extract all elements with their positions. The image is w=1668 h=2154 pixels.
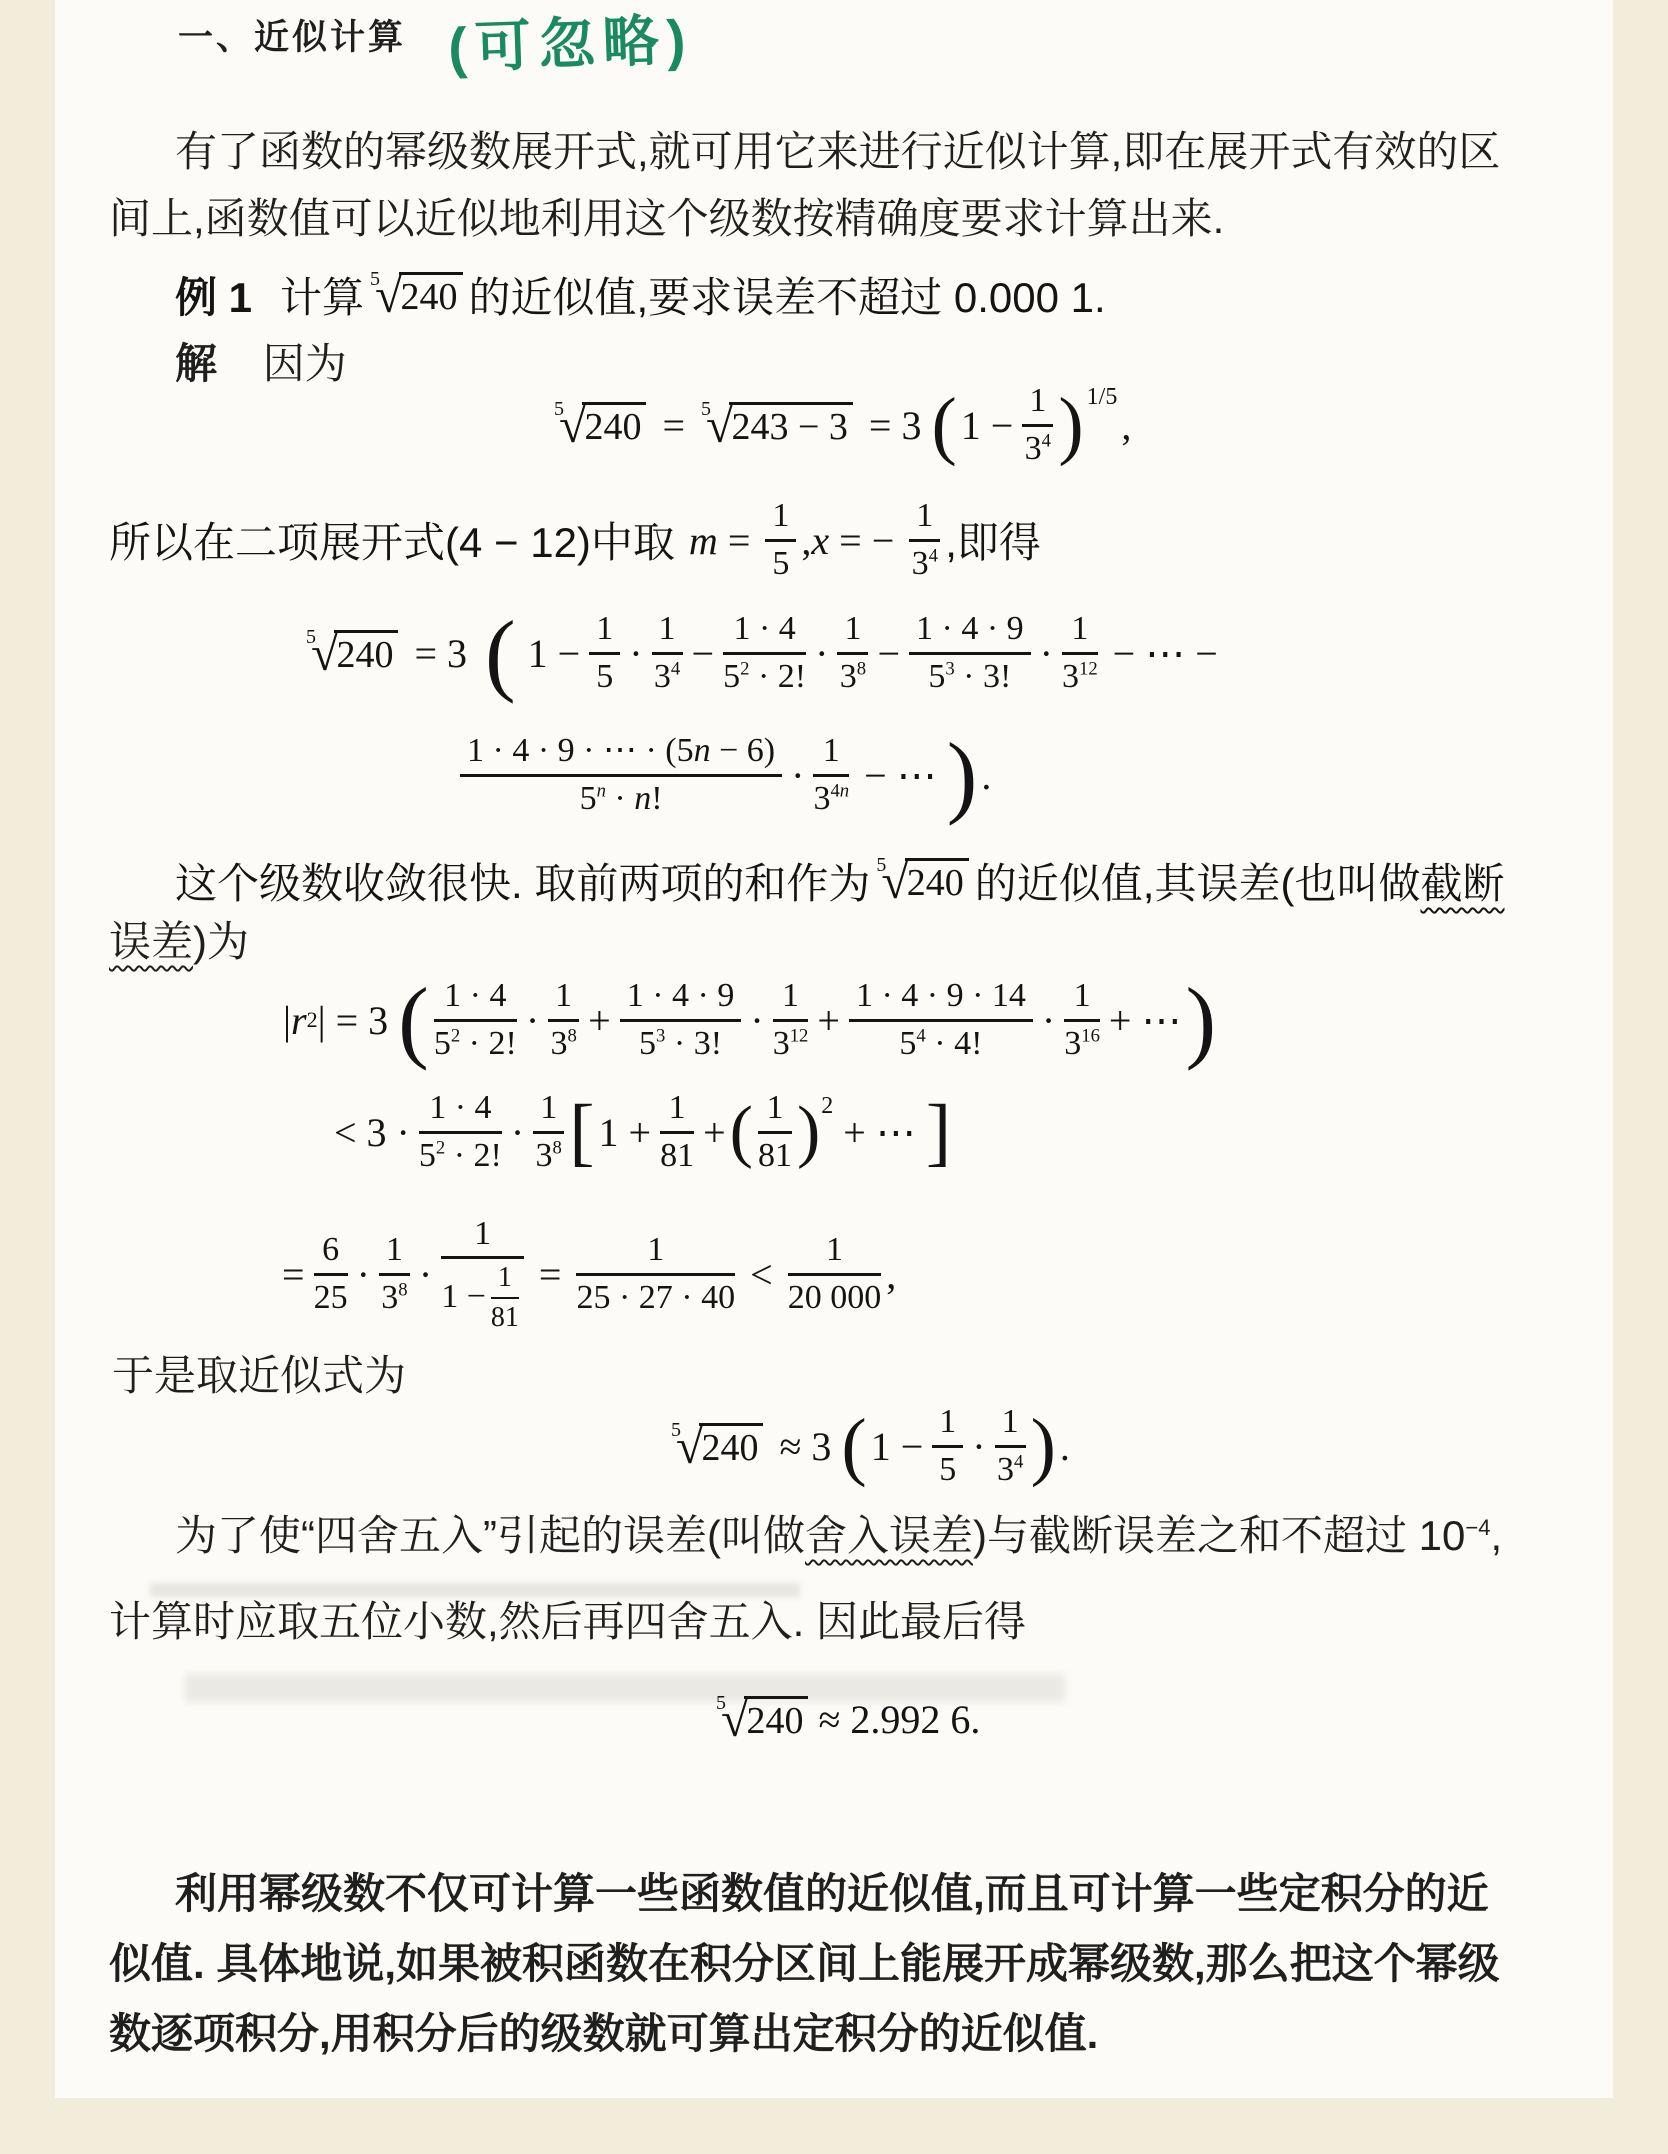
multiplication-dot: ·: [750, 997, 763, 1044]
minus-sign: −: [692, 630, 715, 677]
series-expansion-line-1: 5√240 = 3 ( 1 − 15 · 134 − 1 · 452 · 2! …: [300, 603, 1228, 703]
denominator: 54 · 4!: [849, 1022, 1033, 1063]
multiplication-dot: ·: [629, 630, 642, 677]
denominator: 38: [837, 655, 868, 696]
denominator: 81: [660, 1134, 694, 1175]
denominator: 34: [1022, 427, 1053, 468]
den-exp: 8: [857, 658, 866, 679]
den-exp: 8: [553, 1137, 562, 1158]
den-exp-n: n: [597, 780, 606, 801]
numerator: 1: [1022, 382, 1053, 426]
paragraph-integral-line-3: 数逐项积分,用积分后的级数就可算出定积分的近似值.: [109, 2008, 1098, 2061]
fraction-term-3: 1 · 4 · 953 · 3!: [909, 610, 1031, 695]
plus-sign: +: [588, 997, 611, 1044]
denominator: 34: [652, 655, 683, 696]
fraction-1-over-3-4: 134: [995, 1403, 1026, 1488]
denominator: 53 · 3!: [620, 1022, 742, 1063]
den-exp: 4: [916, 1025, 925, 1046]
multiplication-dot: ·: [815, 630, 828, 677]
den-exp: 12: [790, 1025, 809, 1046]
den-base: 3: [381, 1279, 398, 1316]
exponent-one-fifth: 1/5: [1087, 384, 1118, 411]
den-factorial: !: [651, 780, 662, 817]
text-post: ,即得: [945, 510, 1041, 570]
wavy-term-sheru-wucha: 舍入误差: [805, 1512, 973, 1559]
num-pre: 1 · 4 · 9 · ⋯ · (5: [467, 732, 694, 769]
denominator: 312: [773, 1022, 809, 1063]
approximation-formula: 5√240 ≈ 3 ( 1 − 15 · 134 ) .: [665, 1402, 1074, 1490]
denominator: 1 − 181: [441, 1259, 524, 1333]
den-exp-4n: 4n: [830, 780, 849, 801]
denominator: 34: [995, 1448, 1026, 1489]
text-pre: 为了使“四舍五入”引起的误差(叫做: [175, 1512, 805, 1559]
formula-root-identity: 5√240 = 5√243 − 3 = 3 ( 1 − 1 34 ) 1/5 ,: [548, 383, 1135, 467]
denominator: 52 · 2!: [434, 1022, 517, 1063]
paragraph-1-line-2: 间上,函数值可以近似地利用这个级数按精确度要求计算出来.: [109, 193, 1224, 246]
multiplication-dot: ·: [791, 752, 804, 799]
comma: ,: [801, 517, 811, 564]
numerator: 1: [660, 1089, 694, 1133]
plus-sign: +: [703, 1109, 726, 1156]
numerator: 1: [1062, 610, 1098, 654]
inner-fraction-1-over-81: 181: [491, 1262, 519, 1333]
fraction-1-over-3-16: 1316: [1064, 977, 1100, 1062]
den-base: 3: [536, 1137, 553, 1174]
fraction-1-over-5: 15: [589, 610, 620, 695]
fraction-1-over-3-4: 1 34: [909, 497, 940, 582]
equals-3: = 3: [869, 402, 922, 449]
den-base: 3: [813, 780, 830, 817]
fraction-1-over-3-8: 138: [837, 610, 868, 695]
den-var-n: n: [634, 780, 651, 817]
term-1-minus: 1 −: [871, 1423, 924, 1470]
numerator: 1: [491, 1262, 519, 1298]
den-exp: 4: [929, 545, 938, 566]
den-exp: 4: [1042, 430, 1051, 451]
den-exp: 12: [1079, 658, 1098, 679]
wavy-term-jieduan: 截断: [1420, 851, 1504, 911]
denominator: 5: [932, 1448, 963, 1489]
period: .: [1060, 1423, 1070, 1470]
paragraph-rounding-line-2: 计算时应取五位小数,然后再四舍五入. 因此最后得: [109, 1596, 1026, 1649]
den-rest: · 2!: [445, 1137, 502, 1174]
handwritten-note: (可忽略): [447, 0, 695, 84]
paragraph-integral-line-2: 似值. 具体地说,如果被积函数在积分区间上能展开成幂级数,那么把这个幂级: [109, 1938, 1500, 1991]
num-var-n: n: [694, 732, 711, 769]
subscript-2: 2: [307, 1007, 318, 1033]
den-base: 5: [434, 1025, 451, 1062]
den-exp: 8: [398, 1279, 407, 1300]
paragraph-1-line-1: 有了函数的幂级数展开式,就可用它来进行近似计算,即在展开式有效的区: [175, 126, 1500, 179]
numerator: 1: [441, 1215, 524, 1259]
example-1-text-post: 的近似值,要求误差不超过 0.000 1.: [469, 265, 1106, 325]
den-exp: 2: [436, 1137, 445, 1158]
fraction-1-over-3-4: 1 34: [1022, 382, 1053, 467]
equals-3: = 3: [336, 997, 389, 1044]
den-base: 3: [550, 1025, 567, 1062]
denominator: 20 000: [788, 1276, 882, 1317]
section-heading: 一、近似计算: [178, 10, 406, 60]
multiplication-dot: ·: [357, 1251, 370, 1298]
equals-sign: =: [728, 517, 751, 564]
equals-3: = 3: [414, 630, 467, 677]
less-than-sign: <: [750, 1251, 773, 1298]
fraction-1-over-3-8: 138: [379, 1231, 410, 1316]
den-exp: 8: [567, 1025, 576, 1046]
comma: ,: [886, 1251, 896, 1298]
fraction-1-over-3-8: 138: [548, 977, 579, 1062]
less-than-3-dot: < 3 ·: [334, 1109, 410, 1156]
den-exp: 4: [1014, 1451, 1023, 1472]
denominator: 81: [491, 1299, 519, 1333]
multiplication-dot: ·: [511, 1109, 524, 1156]
abs-bar: |: [283, 997, 291, 1044]
exp-n: n: [840, 780, 849, 801]
denominator: 34: [909, 542, 940, 583]
comma: ,: [1490, 1512, 1502, 1559]
fraction-1-over-3-12: 1312: [1062, 610, 1098, 695]
plus-dots: + ⋯: [843, 1109, 916, 1156]
denominator: 5: [765, 542, 796, 583]
den-base: 3: [654, 658, 671, 695]
paragraph-truncation-line-1: 这个级数收敛很快. 取前两项的和作为 5√240 的近似值,其误差(也叫做 截断: [175, 850, 1504, 912]
den-base: 3: [1064, 1025, 1081, 1062]
denominator: 312: [1062, 655, 1098, 696]
term-1-minus: 1 −: [961, 402, 1014, 449]
approx-3: ≈ 3: [779, 1423, 831, 1470]
solution-text: 因为: [263, 340, 347, 387]
equals-minus: = −: [839, 517, 894, 564]
den-base: 5: [419, 1137, 436, 1174]
numerator: 1: [576, 1231, 735, 1275]
numerator: 1: [1064, 977, 1100, 1021]
fraction-6-over-25: 625: [314, 1231, 348, 1316]
remainder-formula-line-3: = 625 · 138 · 1 1 − 181 = 125 · 27 · 40 …: [278, 1200, 896, 1348]
denominator: 5: [589, 655, 620, 696]
abs-bar: |: [318, 997, 326, 1044]
solution-line: 解 因为: [175, 338, 347, 391]
den-base: 5: [580, 780, 597, 817]
denominator: 25: [314, 1276, 348, 1317]
comma: ,: [1121, 402, 1131, 449]
numerator: 1: [788, 1231, 882, 1275]
fifth-root-240: 5√240: [370, 272, 462, 318]
fraction-1-over-81: 181: [660, 1089, 694, 1174]
minus-sign: −: [877, 630, 900, 677]
numerator: 1 · 4 · 9: [909, 610, 1031, 654]
radicand: 240: [744, 1696, 808, 1742]
fraction-term-1: 1 · 452 · 2!: [434, 977, 517, 1062]
denominator: 34n: [813, 777, 849, 818]
den-base: 5: [928, 658, 945, 695]
fraction-term-2: 1 · 452 · 2!: [723, 610, 806, 695]
fifth-root-240: 5√240: [716, 1696, 808, 1742]
den-exp: 3: [945, 658, 954, 679]
den-rest: · 3!: [665, 1025, 722, 1062]
fraction-1-over-5: 15: [932, 1403, 963, 1488]
den-base: 3: [997, 1451, 1014, 1488]
den-exp: 4: [671, 658, 680, 679]
final-result-formula: 5√240 ≈ 2.992 6.: [710, 1688, 984, 1750]
den-base: 5: [723, 658, 740, 695]
numerator: 1: [995, 1403, 1026, 1447]
den-rest: · 2!: [460, 1025, 517, 1062]
fraction-1-over-3-12: 1312: [773, 977, 809, 1062]
denominator: 38: [548, 1022, 579, 1063]
denominator: 52 · 2!: [723, 655, 806, 696]
equals-sign: =: [662, 402, 685, 449]
radicand: 240: [582, 402, 646, 448]
numerator: 1: [379, 1231, 410, 1275]
remainder-formula-line-2: < 3 · 1 · 452 · 2! · 138 [ 1 + 181 + ( 1…: [330, 1082, 951, 1182]
general-term-fraction: 1 · 4 · 9 · ⋯ · (5n − 6) 5n · n!: [460, 732, 782, 817]
multiplication-dot: ·: [1040, 630, 1053, 677]
radicand: 240: [905, 858, 969, 904]
fraction-term: 1 · 452 · 2!: [419, 1089, 502, 1174]
fraction-1-over-5: 1 5: [765, 497, 796, 582]
multiplication-dot: ·: [526, 997, 539, 1044]
radicand: 243 − 3: [729, 402, 852, 448]
numerator: 6: [314, 1231, 348, 1275]
text-post: )为: [193, 918, 249, 965]
scan-smudge-artifact: [150, 1583, 800, 1597]
numerator: 1: [758, 1089, 792, 1133]
numerator: 1: [548, 977, 579, 1021]
multiplication-dot: ·: [1042, 997, 1055, 1044]
fraction-1-over-3-8: 138: [533, 1089, 564, 1174]
denominator: 38: [379, 1276, 410, 1317]
den-base: 5: [639, 1025, 656, 1062]
den-base: 3: [840, 658, 857, 695]
term-1-plus: 1 +: [599, 1109, 652, 1156]
numerator: 1 · 4 · 9 · ⋯ · (5n − 6): [460, 732, 782, 776]
numerator: 1: [533, 1089, 564, 1133]
denominator: 81: [758, 1134, 792, 1175]
numerator: 1 · 4 · 9 · 14: [849, 977, 1033, 1021]
den-exp: 2: [451, 1025, 460, 1046]
numerator: 1 · 4: [723, 610, 806, 654]
den-rest: · 2!: [749, 658, 806, 695]
denominator: 53 · 3!: [909, 655, 1031, 696]
numerator: 1: [652, 610, 683, 654]
numerator: 1: [837, 610, 868, 654]
example-1-label: 例 1: [175, 265, 252, 325]
text-mid: )与截断误差之和不超过 10: [973, 1512, 1465, 1559]
variable-x: x: [811, 517, 829, 564]
den-base: 3: [1062, 658, 1079, 695]
variable-r: r: [291, 997, 307, 1044]
equals-sign: =: [282, 1251, 305, 1298]
radicand: 240: [399, 272, 463, 318]
den-base: 5: [899, 1025, 916, 1062]
num-post: − 6): [711, 732, 776, 769]
nested-fraction: 1 1 − 181: [441, 1215, 524, 1333]
den-base: 3: [1025, 430, 1042, 467]
solution-label: 解: [175, 340, 217, 387]
numerator: 1: [909, 497, 940, 541]
numerator: 1: [932, 1403, 963, 1447]
denominator: 25 · 27 · 40: [576, 1276, 735, 1317]
numerator: 1: [813, 732, 849, 776]
paragraph-truncation-line-2: 误差)为: [109, 916, 249, 969]
denominator: 38: [533, 1134, 564, 1175]
numerator: 1 · 4 · 9: [620, 977, 742, 1021]
approx-value: ≈ 2.992 6.: [818, 1696, 980, 1743]
text-mid: 的近似值,其误差(也叫做: [975, 851, 1421, 911]
term-1-minus: 1 −: [528, 630, 581, 677]
fraction-1-over-3-4n: 1 34n: [813, 732, 849, 817]
exp-4: 4: [830, 780, 839, 801]
fifth-root-243-minus-3: 5√243 − 3: [701, 402, 853, 448]
text-pre: 这个级数收敛很快. 取前两项的和作为: [175, 851, 870, 911]
period: .: [981, 752, 991, 799]
denominator: 52 · 2!: [419, 1134, 502, 1175]
remainder-formula-line-1: |r2| = 3 ( 1 · 452 · 2! · 138 + 1 · 4 · …: [283, 968, 1216, 1072]
example-1-text-pre: 计算: [280, 265, 364, 325]
plus-dots: + ⋯: [1109, 997, 1182, 1044]
paragraph-approx-intro: 于是取近似式为: [112, 1350, 406, 1403]
den-base: 3: [773, 1025, 790, 1062]
minus-dots: − ⋯: [864, 752, 937, 799]
fraction-term-3: 1 · 4 · 9 · 1454 · 4!: [849, 977, 1033, 1062]
radicand: 240: [699, 1423, 763, 1469]
numerator: 1 · 4: [434, 977, 517, 1021]
fraction-1-over-20000: 120 000: [788, 1231, 882, 1316]
fifth-root-240: 5√240: [876, 858, 968, 904]
equals-sign: =: [539, 1251, 562, 1298]
paragraph-rounding-line-1: 为了使“四舍五入”引起的误差(叫做舍入误差)与截断误差之和不超过 10−4,: [175, 1510, 1502, 1563]
fifth-root-240: 5√240: [554, 402, 646, 448]
paragraph-binomial-line: 所以在二项展开式(4 − 12)中取 m = 1 5 , x = − 1 34 …: [109, 497, 1041, 583]
fraction-1-over-product: 125 · 27 · 40: [576, 1231, 735, 1316]
minus-dots-minus: − ⋯ −: [1113, 630, 1218, 677]
exponent-2: 2: [821, 1093, 833, 1120]
den-text: 1 −: [441, 1278, 486, 1316]
fraction-1-over-3-4: 134: [652, 610, 683, 695]
den-rest: · 4!: [926, 1025, 983, 1062]
text-pre: 所以在二项展开式(4 − 12)中取: [109, 510, 675, 570]
exponent-minus-4: −4: [1465, 1515, 1490, 1540]
numerator: 1: [773, 977, 809, 1021]
paragraph-integral-line-1: 利用幂级数不仅可计算一些函数值的近似值,而且可计算一些定积分的近: [175, 1868, 1489, 1921]
den-exp: 3: [656, 1025, 665, 1046]
den-base: 3: [912, 545, 929, 582]
plus-sign: +: [817, 997, 840, 1044]
numerator: 1: [589, 610, 620, 654]
radicand: 240: [334, 630, 398, 676]
denominator: 5n · n!: [460, 777, 782, 818]
multiplication-dot: ·: [419, 1251, 432, 1298]
example-1-line: 例 1 计算 5√240 的近似值,要求误差不超过 0.000 1.: [175, 262, 1106, 328]
multiplication-dot: ·: [972, 1423, 985, 1470]
numerator: 1: [765, 497, 796, 541]
den-exp: 16: [1081, 1025, 1100, 1046]
den-dot: ·: [606, 780, 634, 817]
numerator: 1 · 4: [419, 1089, 502, 1133]
fifth-root-240: 5√240: [306, 630, 398, 676]
fraction-term-2: 1 · 4 · 953 · 3!: [620, 977, 742, 1062]
wavy-term-wucha: 误差: [109, 918, 193, 965]
variable-m: m: [689, 517, 718, 564]
fifth-root-240: 5√240: [671, 1423, 763, 1469]
fraction-1-over-81: 181: [758, 1089, 792, 1174]
series-expansion-line-2: 1 · 4 · 9 · ⋯ · (5n − 6) 5n · n! · 1 34n…: [455, 725, 995, 825]
den-rest: · 3!: [955, 658, 1012, 695]
denominator: 316: [1064, 1022, 1100, 1063]
